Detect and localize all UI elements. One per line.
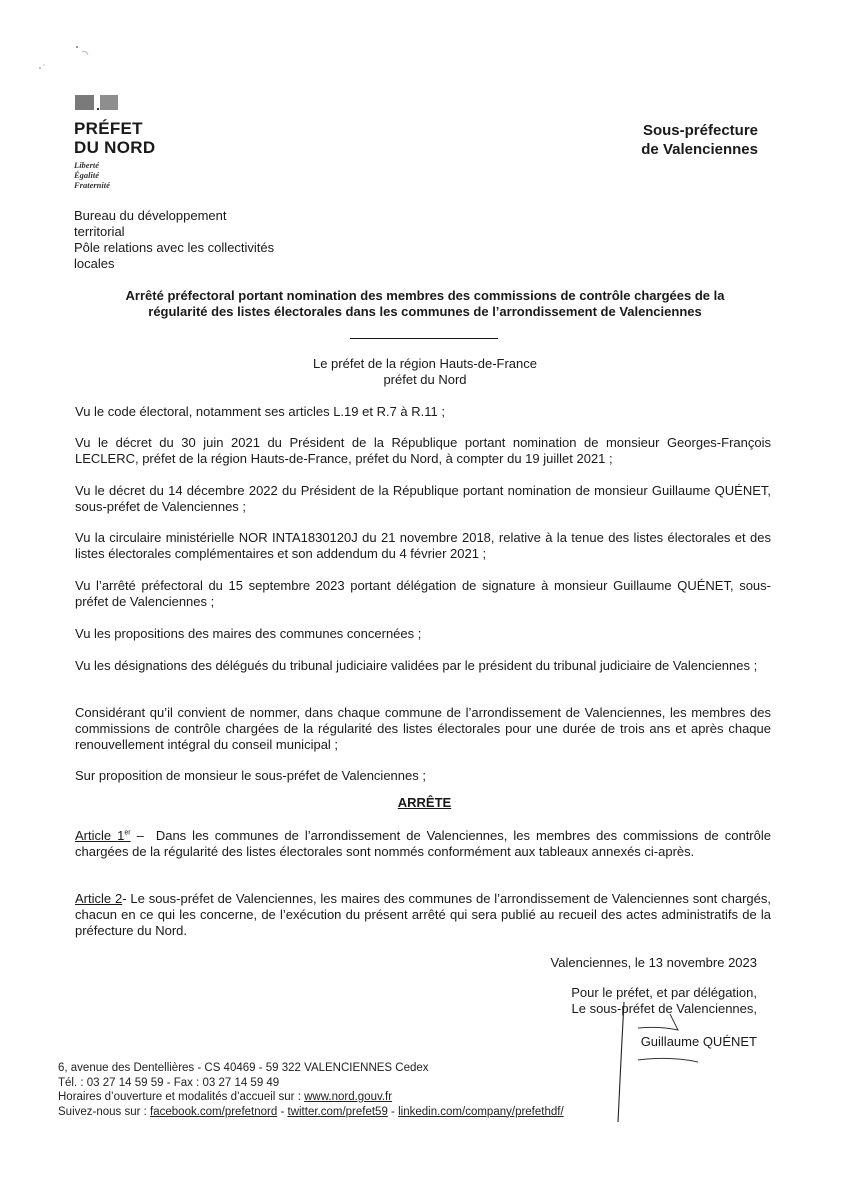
- linkedin-link[interactable]: linkedin.com/company/prefethdf/: [398, 1106, 564, 1118]
- title-divider: [350, 338, 498, 339]
- website-link[interactable]: www.nord.gouv.fr: [304, 1091, 392, 1103]
- article-2: Article 2- Le sous-préfet de Valencienne…: [75, 891, 771, 939]
- issuing-office: Bureau du développement territorial Pôle…: [74, 208, 314, 272]
- footer-phone-fax: Tél. : 03 27 14 59 59 - Fax : 03 27 14 5…: [58, 1076, 564, 1091]
- article-1-label: Article 1er: [75, 828, 131, 843]
- republic-motto: Liberté Égalité Fraternité: [74, 160, 110, 190]
- scan-speck-marks: [30, 40, 110, 80]
- proposition-paragraph: Sur proposition de monsieur le sous-préf…: [75, 768, 771, 784]
- visa-paragraph: Vu la circulaire ministérielle NOR INTA1…: [75, 530, 771, 562]
- arrete-heading: ARRÊTE: [0, 795, 849, 810]
- twitter-link[interactable]: twitter.com/prefet59: [288, 1106, 388, 1118]
- article-2-label: Article 2: [75, 891, 122, 906]
- visa-paragraph: Vu le code électoral, notamment ses arti…: [75, 404, 771, 420]
- visa-paragraph: Vu les propositions des maires des commu…: [75, 626, 771, 642]
- document-title: Arrêté préfectoral portant nomination de…: [85, 288, 765, 320]
- footer-hours: Horaires d’ouverture et modalités d’accu…: [58, 1090, 564, 1105]
- marianne-logo-icon: [75, 95, 123, 111]
- facebook-link[interactable]: facebook.com/prefetnord: [150, 1106, 277, 1118]
- footer-address: 6, avenue des Dentellières - CS 40469 - …: [58, 1061, 564, 1076]
- place-and-date: Valenciennes, le 13 novembre 2023: [551, 955, 757, 970]
- prefet-du-nord-title: PRÉFET DU NORD: [74, 119, 155, 157]
- handwritten-signature-icon: [590, 1000, 710, 1130]
- sous-prefecture-heading: Sous-préfecture de Valenciennes: [641, 121, 758, 159]
- footer-contact: 6, avenue des Dentellières - CS 40469 - …: [58, 1061, 564, 1119]
- issuing-authority: Le préfet de la région Hauts-de-France p…: [200, 356, 650, 388]
- considerant-paragraph: Considérant qu’il convient de nommer, da…: [75, 705, 771, 753]
- visa-paragraph: Vu le décret du 30 juin 2021 du Présiden…: [75, 435, 771, 467]
- visa-paragraph: Vu le décret du 14 décembre 2022 du Prés…: [75, 483, 771, 515]
- visa-paragraph: Vu l’arrêté préfectoral du 15 septembre …: [75, 578, 771, 610]
- visa-paragraph: Vu les désignations des délégués du trib…: [75, 658, 771, 674]
- footer-social: Suivez-nous sur : facebook.com/prefetnor…: [58, 1105, 564, 1120]
- article-1: Article 1er – Dans les communes de l’arr…: [75, 828, 771, 860]
